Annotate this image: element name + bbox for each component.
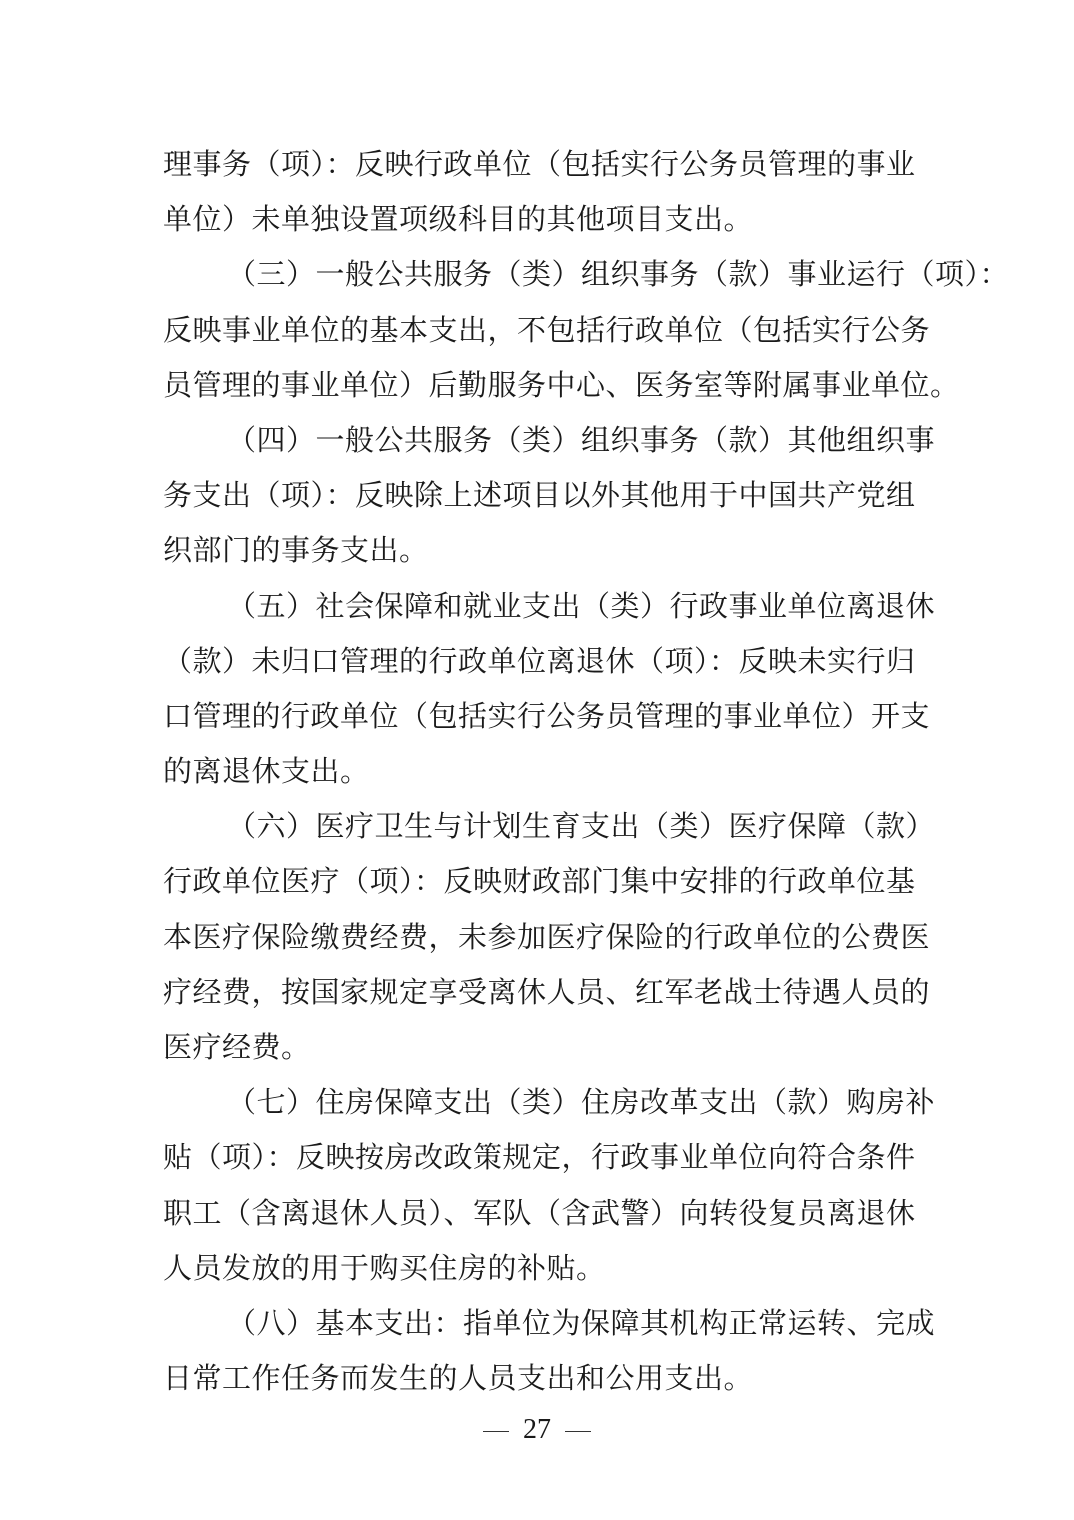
text-line: 务支出（项）：反映除上述项目以外其他用于中国共产党组 (163, 468, 911, 523)
paragraph-continuation: 理事务（项）：反映行政单位（包括实行公务员管理的事业 单位）未单独设置项级科目的… (163, 137, 911, 247)
text-line: 本医疗保险缴费经费，未参加医疗保险的行政单位的公费医 (163, 910, 911, 965)
paragraph-item-3: （三）一般公共服务（类）组织事务（款）事业运行（项）： 反映事业单位的基本支出，… (163, 247, 911, 413)
paragraph-item-7: （七）住房保障支出（类）住房改革支出（款）购房补 贴（项）：反映按房改政策规定，… (163, 1075, 911, 1296)
text-line: 日常工作任务而发生的人员支出和公用支出。 (163, 1351, 911, 1406)
paragraph-item-8: （八）基本支出：指单位为保障其机构正常运转、完成 日常工作任务而发生的人员支出和… (163, 1296, 911, 1406)
text-line: 员管理的事业单位）后勤服务中心、医务室等附属事业单位。 (163, 358, 911, 413)
dash-left-decoration (483, 1431, 509, 1432)
text-line: 医疗经费。 (163, 1020, 911, 1075)
text-line: 织部门的事务支出。 (163, 523, 911, 578)
text-line: （三）一般公共服务（类）组织事务（款）事业运行（项）： (163, 247, 911, 302)
paragraph-item-5: （五）社会保障和就业支出（类）行政事业单位离退休 （款）未归口管理的行政单位离退… (163, 579, 911, 800)
dash-right-decoration (565, 1431, 591, 1432)
text-line: 疗经费，按国家规定享受离休人员、红军老战士待遇人员的 (163, 965, 911, 1020)
text-line: 理事务（项）：反映行政单位（包括实行公务员管理的事业 (163, 137, 911, 192)
text-line: 反映事业单位的基本支出，不包括行政单位（包括实行公务 (163, 303, 911, 358)
text-line: （七）住房保障支出（类）住房改革支出（款）购房补 (163, 1075, 911, 1130)
page-number: 27 (523, 1414, 551, 1445)
text-line: 口管理的行政单位（包括实行公务员管理的事业单位）开支 (163, 689, 911, 744)
paragraph-item-6: （六）医疗卫生与计划生育支出（类）医疗保障（款） 行政单位医疗（项）：反映财政部… (163, 799, 911, 1075)
text-line: （六）医疗卫生与计划生育支出（类）医疗保障（款） (163, 799, 911, 854)
text-line: （五）社会保障和就业支出（类）行政事业单位离退休 (163, 579, 911, 634)
page-number-footer: 27 (0, 1410, 1074, 1450)
text-line: 职工（含离退休人员）、军队（含武警）向转役复员离退休 (163, 1186, 911, 1241)
text-line: 行政单位医疗（项）：反映财政部门集中安排的行政单位基 (163, 854, 911, 909)
paragraph-item-4: （四）一般公共服务（类）组织事务（款）其他组织事 务支出（项）：反映除上述项目以… (163, 413, 911, 579)
text-line: 贴（项）：反映按房改政策规定，行政事业单位向符合条件 (163, 1130, 911, 1185)
text-line: 的离退休支出。 (163, 744, 911, 799)
text-line: （八）基本支出：指单位为保障其机构正常运转、完成 (163, 1296, 911, 1351)
text-line: 人员发放的用于购买住房的补贴。 (163, 1241, 911, 1296)
text-line: 单位）未单独设置项级科目的其他项目支出。 (163, 192, 911, 247)
text-line: （款）未归口管理的行政单位离退休（项）：反映未实行归 (163, 634, 911, 689)
text-line: （四）一般公共服务（类）组织事务（款）其他组织事 (163, 413, 911, 468)
document-page: 理事务（项）：反映行政单位（包括实行公务员管理的事业 单位）未单独设置项级科目的… (163, 137, 911, 1406)
